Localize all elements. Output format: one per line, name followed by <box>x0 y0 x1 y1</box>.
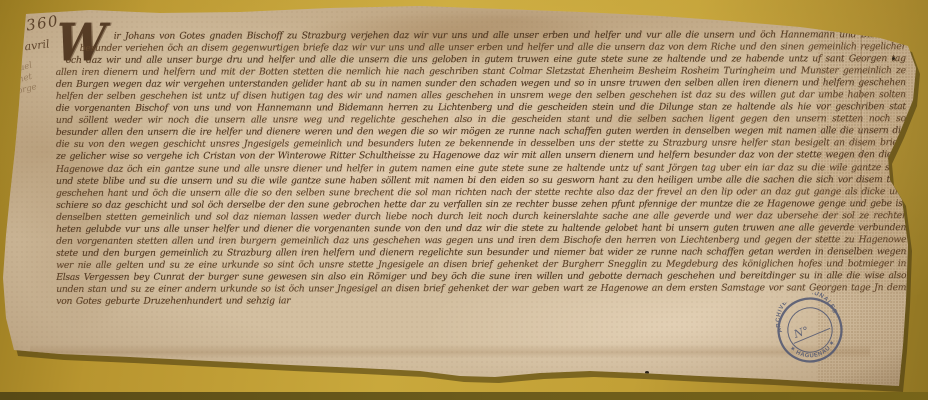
photograph-of-charter: 1360 18 avril Samuel michet George W ir … <box>0 0 928 400</box>
ink-speck <box>892 57 895 60</box>
bottom-fold <box>30 344 870 358</box>
manuscript-text: ir Johans von Gotes gnaden Bischoff zu S… <box>56 29 907 308</box>
parchment: 1360 18 avril Samuel michet George W ir … <box>0 0 928 400</box>
table-edge <box>0 392 928 400</box>
manuscript-line: unden stan und su ze einer andern urkund… <box>56 282 906 296</box>
stamp-number-label: N° <box>791 324 810 341</box>
manuscript-line: ze gelicher wise so vergehe ich Cristan … <box>56 150 906 164</box>
